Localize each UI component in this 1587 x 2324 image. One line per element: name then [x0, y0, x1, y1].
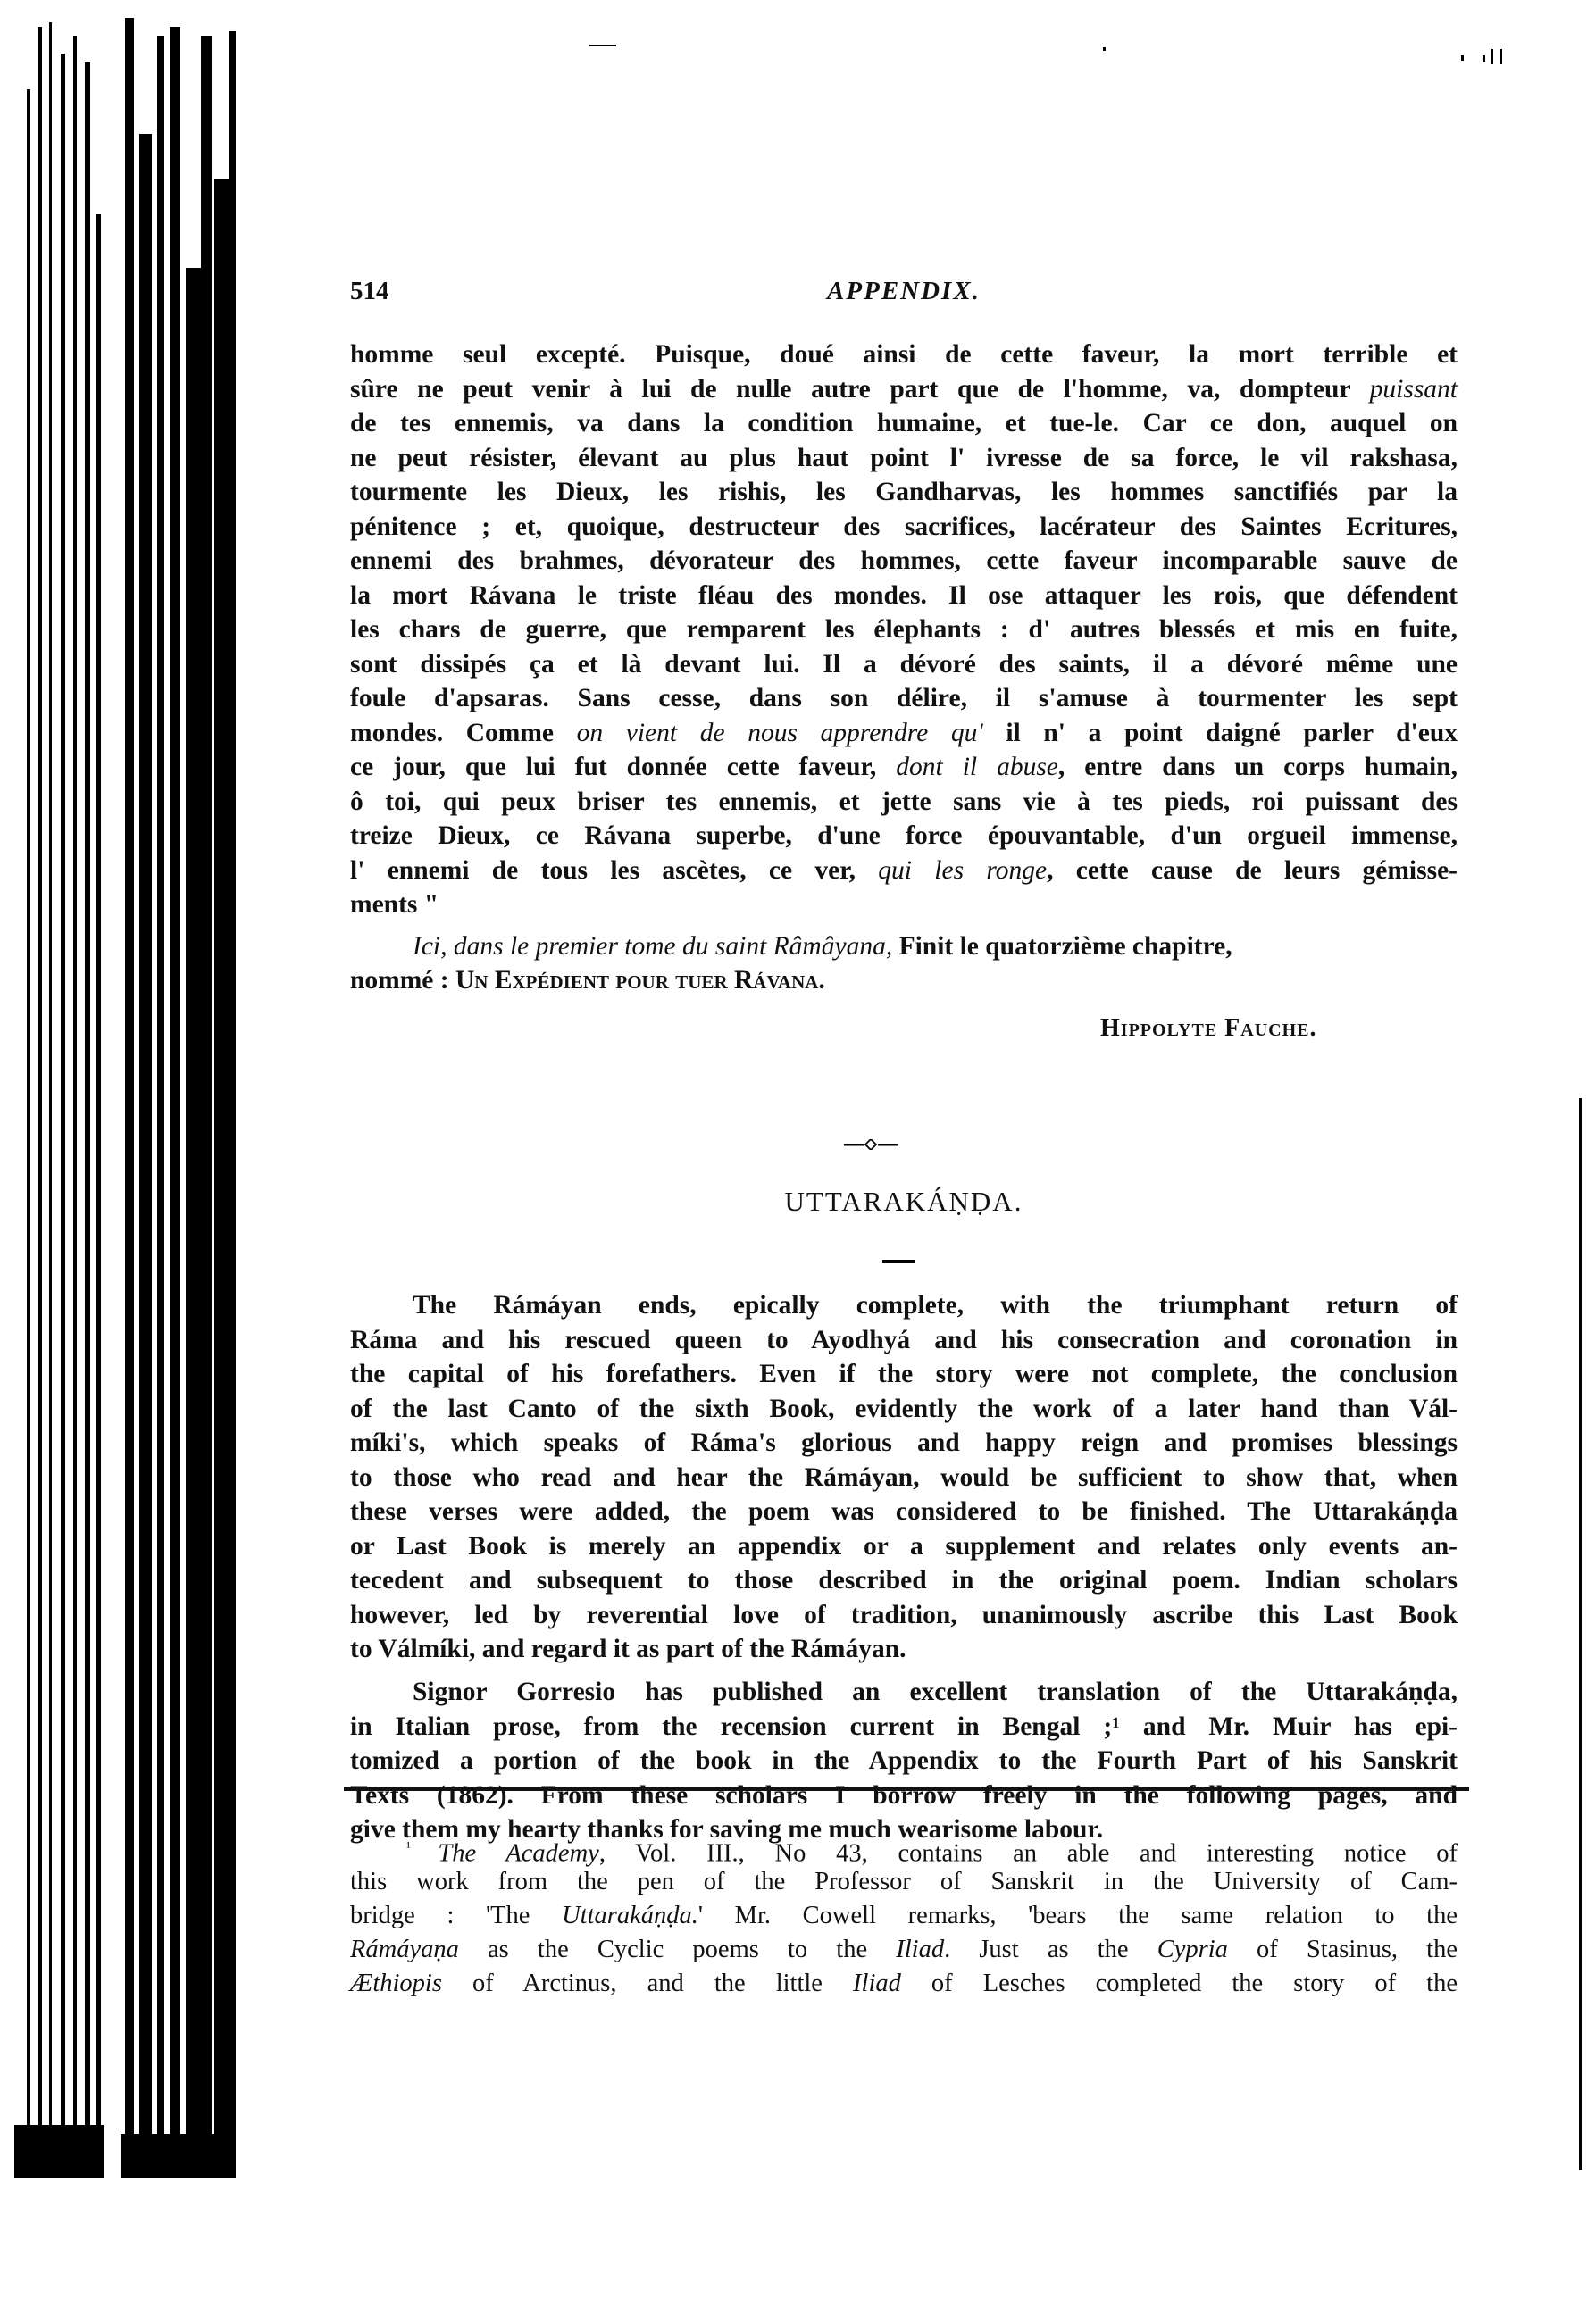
- text-line: to Válmíki, and regard it as part of the…: [350, 1634, 1458, 1664]
- colophon-rest: Finit le quatorzième chapitre,: [892, 932, 1232, 961]
- text-line: tourmente les Dieux, les rishis, les Gan…: [350, 477, 1458, 507]
- scan-mark: [1103, 47, 1106, 51]
- text-line: these verses were added, the poem was co…: [350, 1496, 1458, 1527]
- text-line: bridge : 'The Uttarakáṇḍa.' Mr. Cowell r…: [350, 1901, 1458, 1931]
- text-line: Rámáyaṇa as the Cyclic poems to the Ilia…: [350, 1935, 1458, 1965]
- text-line: Texts (1862). From these scholars I borr…: [350, 1780, 1458, 1811]
- scan-gutter-edge: [0, 0, 259, 2324]
- text-line: treize Dieux, ce Rávana superbe, d'une f…: [350, 820, 1458, 851]
- scan-right-edge: [1579, 1098, 1582, 2170]
- text-line: míki's, which speaks of Ráma's glorious …: [350, 1428, 1458, 1458]
- title-rule: [882, 1260, 915, 1263]
- text-line: la mort Rávana le triste fléau des monde…: [350, 580, 1458, 611]
- text-line: mondes. Comme on vient de nous apprendre…: [350, 718, 1458, 748]
- scan-mark: [1491, 49, 1493, 64]
- colophon-line-1: Ici, dans le premier tome du saint Râmây…: [413, 931, 1458, 962]
- footnote-marker: ¹: [406, 1840, 438, 1855]
- section-title: UTTARAKÁṆḌA.: [350, 1186, 1458, 1218]
- text-line: tecedent and subsequent to those describ…: [350, 1565, 1458, 1595]
- running-header: 514 APPENDIX.: [350, 277, 1458, 312]
- scan-mark: [1500, 49, 1502, 64]
- scan-mark: [589, 45, 616, 46]
- running-title: APPENDIX.: [350, 277, 1458, 306]
- scan-mark: [1461, 55, 1464, 61]
- text-line: de tes ennemis, va dans la condition hum…: [350, 408, 1458, 438]
- text-line: pénitence ; et, quoique, destructeur des…: [350, 512, 1458, 542]
- text-line: ¹ The Academy, Vol. III., No 43, contain…: [406, 1833, 1458, 1870]
- text-line: sûre ne peut venir à lui de nulle autre …: [350, 374, 1458, 404]
- footnote-rule: [344, 1787, 1469, 1791]
- text-line: tomized a portion of the book in the App…: [350, 1745, 1458, 1776]
- text-line: ô toi, qui peux briser tes ennemis, et j…: [350, 787, 1458, 817]
- text-line: sont dissipés ça et là devant lui. Il a …: [350, 649, 1458, 679]
- text-line: ments ": [350, 889, 1458, 920]
- colophon-prefix: nommé :: [350, 966, 455, 995]
- text-line: ennemi des brahmes, dévorateur des homme…: [350, 546, 1458, 576]
- colophon-italic: Ici, dans le premier tome du saint Râmây…: [413, 932, 892, 961]
- text-line: Signor Gorresio has published an excelle…: [413, 1677, 1458, 1707]
- signature: Hippolyte Fauche.: [1100, 1014, 1317, 1043]
- text-line: ne peut résister, élevant au plus haut p…: [350, 443, 1458, 473]
- text-line: however, led by reverential love of trad…: [350, 1600, 1458, 1630]
- text-line: les chars de guerre, que remparent les é…: [350, 614, 1458, 645]
- text-line: homme seul excepté. Puisque, doué ainsi …: [350, 339, 1458, 370]
- text-line: Æthiopis of Arctinus, and the little Ili…: [350, 1969, 1458, 1999]
- text-line: or Last Book is merely an appendix or a …: [350, 1531, 1458, 1562]
- colophon-caps: Un Expédient pour tuer Rávana.: [455, 966, 825, 995]
- text-line: Ráma and his rescued queen to Ayodhyá an…: [350, 1325, 1458, 1355]
- text-line: the capital of his forefathers. Even if …: [350, 1359, 1458, 1389]
- text-line: this work from the pen of the Professor …: [350, 1867, 1458, 1897]
- scan-mark: [1483, 55, 1485, 62]
- text-line: to those who read and hear the Rámáyan, …: [350, 1462, 1458, 1493]
- text-line: ce jour, que lui fut donnée cette faveur…: [350, 752, 1458, 782]
- text-line: The Rámáyan ends, epically complete, wit…: [413, 1290, 1458, 1320]
- text-line: in Italian prose, from the recension cur…: [350, 1712, 1458, 1742]
- text-line: of the last Canto of the sixth Book, evi…: [350, 1394, 1458, 1424]
- colophon-line-2: nommé : Un Expédient pour tuer Rávana.: [350, 965, 1458, 995]
- text-line: l' ennemi de tous les ascètes, ce ver, q…: [350, 855, 1458, 886]
- diamond-divider-icon: [844, 1139, 898, 1150]
- text-line: foule d'apsaras. Sans cesse, dans son dé…: [350, 683, 1458, 713]
